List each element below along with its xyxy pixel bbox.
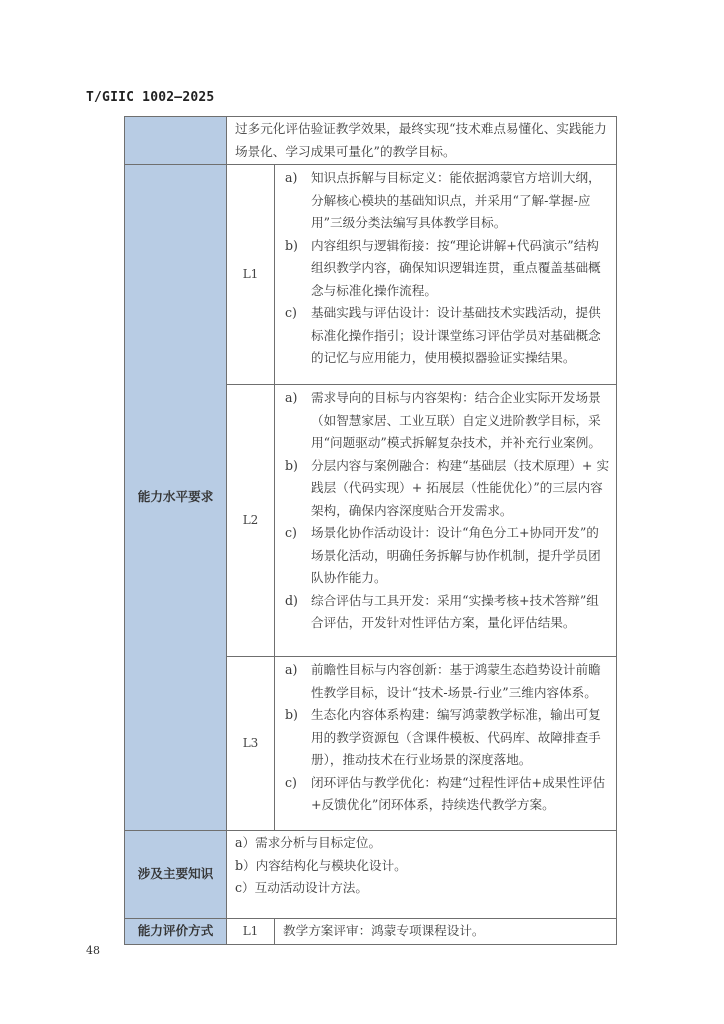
intro-text: 过多元化评估验证教学效果，最终实现“技术难点易懂化、实践能力场景化、学习成果可量… <box>227 117 617 165</box>
list-item: b) 分层内容与案例融合：构建“基础层（技术原理）+ 实践层（代码实现）+ 拓展… <box>281 455 610 523</box>
knowledge-item: c）互动活动设计方法。 <box>233 877 610 900</box>
knowledge-item: b）内容结构化与模块化设计。 <box>233 855 610 878</box>
list-item: a) 前瞻性目标与内容创新：基于鸿蒙生态趋势设计前瞻性教学目标，设计“技术-场景… <box>281 659 610 704</box>
ability-spec-table: 过多元化评估验证教学效果，最终实现“技术难点易懂化、实践能力场景化、学习成果可量… <box>124 116 617 945</box>
level-label: L2 <box>227 385 275 657</box>
item-marker: b) <box>281 704 311 772</box>
item-text: 需求导向的目标与内容架构：结合企业实际开发场景（如智慧家居、工业互联）自定义进阶… <box>311 387 610 455</box>
list-item: b) 内容组织与逻辑衔接：按“理论讲解+代码演示”结构组织教学内容，确保知识逻辑… <box>281 235 610 303</box>
level-row-l1: 能力水平要求 L1 a) 知识点拆解与目标定义：能依据鸿蒙官方培训大纲，分解核心… <box>125 165 617 385</box>
item-marker: a) <box>281 659 311 704</box>
evaluation-text: 教学方案评审：鸿蒙专项课程设计。 <box>275 918 617 944</box>
item-marker: b) <box>281 235 311 303</box>
level-content: a) 前瞻性目标与内容创新：基于鸿蒙生态趋势设计前瞻性教学目标，设计“技术-场景… <box>275 657 617 831</box>
item-text: 前瞻性目标与内容创新：基于鸿蒙生态趋势设计前瞻性教学目标，设计“技术-场景-行业… <box>311 659 610 704</box>
knowledge-row: 涉及主要知识 a）需求分析与目标定位。 b）内容结构化与模块化设计。 c）互动活… <box>125 831 617 919</box>
item-marker: a) <box>281 387 311 455</box>
ability-requirements-label: 能力水平要求 <box>125 165 227 831</box>
item-marker: c) <box>281 772 311 817</box>
item-text: 生态化内容体系构建：编写鸿蒙教学标准，输出可复用的教学资源包（含课件模板、代码库… <box>311 704 610 772</box>
list-item: b) 生态化内容体系构建：编写鸿蒙教学标准，输出可复用的教学资源包（含课件模板、… <box>281 704 610 772</box>
list-item: c) 场景化协作活动设计：设计“角色分工+协同开发”的场景化活动，明确任务拆解与… <box>281 522 610 590</box>
main-knowledge-label: 涉及主要知识 <box>125 831 227 919</box>
item-marker: a) <box>281 167 311 235</box>
page-number: 48 <box>86 944 100 957</box>
item-text: 内容组织与逻辑衔接：按“理论讲解+代码演示”结构组织教学内容，确保知识逻辑连贯，… <box>311 235 610 303</box>
evaluation-label: 能力评价方式 <box>125 918 227 944</box>
intro-head-cell <box>125 117 227 165</box>
document-code: T/GIIC 1002—2025 <box>86 90 214 105</box>
item-text: 闭环评估与教学优化：构建“过程性评估+成果性评估+反馈优化”闭环体系，持续迭代教… <box>311 772 610 817</box>
intro-row: 过多元化评估验证教学效果，最终实现“技术难点易懂化、实践能力场景化、学习成果可量… <box>125 117 617 165</box>
item-text: 分层内容与案例融合：构建“基础层（技术原理）+ 实践层（代码实现）+ 拓展层（性… <box>311 455 610 523</box>
level-content: a) 知识点拆解与目标定义：能依据鸿蒙官方培训大纲，分解核心模块的基础知识点，并… <box>275 165 617 385</box>
item-marker: b) <box>281 455 311 523</box>
evaluation-level: L1 <box>227 918 275 944</box>
list-item: d) 综合评估与工具开发：采用“实操考核+技术答辩”组合评估，开发针对性评估方案… <box>281 590 610 635</box>
list-item: a) 知识点拆解与目标定义：能依据鸿蒙官方培训大纲，分解核心模块的基础知识点，并… <box>281 167 610 235</box>
level-content: a) 需求导向的目标与内容架构：结合企业实际开发场景（如智慧家居、工业互联）自定… <box>275 385 617 657</box>
list-item: a) 需求导向的目标与内容架构：结合企业实际开发场景（如智慧家居、工业互联）自定… <box>281 387 610 455</box>
item-text: 知识点拆解与目标定义：能依据鸿蒙官方培训大纲，分解核心模块的基础知识点，并采用“… <box>311 167 610 235</box>
level-label: L3 <box>227 657 275 831</box>
item-text: 场景化协作活动设计：设计“角色分工+协同开发”的场景化活动，明确任务拆解与协作机… <box>311 522 610 590</box>
item-text: 基础实践与评估设计：设计基础技术实践活动，提供标准化操作指引；设计课堂练习评估学… <box>311 302 610 370</box>
item-marker: c) <box>281 522 311 590</box>
item-marker: c) <box>281 302 311 370</box>
knowledge-item: a）需求分析与目标定位。 <box>233 832 610 855</box>
main-knowledge-content: a）需求分析与目标定位。 b）内容结构化与模块化设计。 c）互动活动设计方法。 <box>227 831 617 919</box>
evaluation-row: 能力评价方式 L1 教学方案评审：鸿蒙专项课程设计。 <box>125 918 617 944</box>
list-item: c) 闭环评估与教学优化：构建“过程性评估+成果性评估+反馈优化”闭环体系，持续… <box>281 772 610 817</box>
item-marker: d) <box>281 590 311 635</box>
level-label: L1 <box>227 165 275 385</box>
item-text: 综合评估与工具开发：采用“实操考核+技术答辩”组合评估，开发针对性评估方案，量化… <box>311 590 610 635</box>
list-item: c) 基础实践与评估设计：设计基础技术实践活动，提供标准化操作指引；设计课堂练习… <box>281 302 610 370</box>
